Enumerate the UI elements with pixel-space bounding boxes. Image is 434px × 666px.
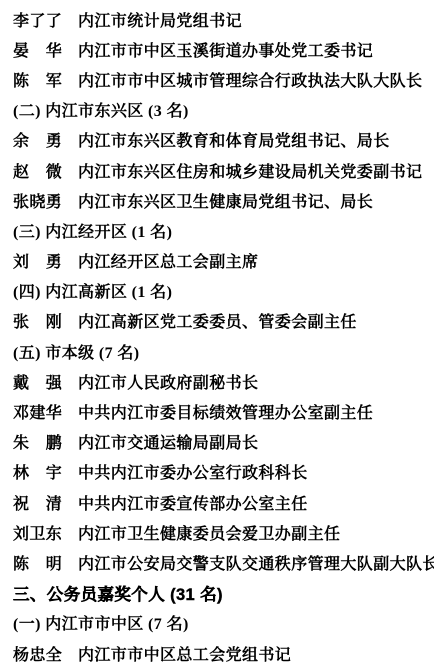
person-title: 内江市统计局党组书记 bbox=[78, 8, 242, 31]
person-title: 内江高新区党工委委员、管委会副主任 bbox=[78, 309, 357, 332]
award-list-document: 李了了 内江市统计局党组书记 晏 华 内江市市中区玉溪街道办事处党工委书记 陈 … bbox=[0, 0, 434, 666]
person-title: 中共内江市委办公室行政科科长 bbox=[78, 460, 308, 483]
person-title: 内江市市中区总工会党组书记 bbox=[78, 642, 291, 665]
award-entry-row: 陈 军 内江市市中区城市管理综合行政执法大队大队长 bbox=[13, 64, 428, 94]
award-entry-row: 张晓勇 内江市东兴区卫生健康局党组书记、局长 bbox=[13, 185, 428, 215]
award-entry-row: 陈 明 内江市公安局交警支队交通秩序管理大队副大队长 bbox=[13, 547, 428, 577]
person-name: 刘 勇 bbox=[13, 249, 63, 272]
section-heading-row: (四) 内江高新区 (1 名) bbox=[13, 276, 428, 306]
category-heading-row: 三、公务员嘉奖个人 (31 名) bbox=[13, 578, 428, 608]
person-title: 内江市卫生健康委员会爱卫办副主任 bbox=[78, 521, 340, 544]
section-heading-row: (二) 内江市东兴区 (3 名) bbox=[13, 95, 428, 125]
person-title: 内江市人民政府副秘书长 bbox=[78, 370, 258, 393]
person-title: 内江市市中区玉溪街道办事处党工委书记 bbox=[78, 38, 373, 61]
person-name: 赵 微 bbox=[13, 159, 63, 182]
person-name: 陈 军 bbox=[13, 68, 63, 91]
category-heading: 三、公务员嘉奖个人 (31 名) bbox=[13, 581, 223, 605]
person-name: 晏 华 bbox=[13, 38, 63, 61]
section-heading-row: (五) 市本级 (7 名) bbox=[13, 336, 428, 366]
award-entry-row: 李了了 内江市统计局党组书记 bbox=[13, 4, 428, 34]
award-entry-row: 赵 微 内江市东兴区住房和城乡建设局机关党委副书记 bbox=[13, 155, 428, 185]
person-name: 戴 强 bbox=[13, 370, 63, 393]
person-name: 李了了 bbox=[13, 8, 63, 31]
award-entry-row: 刘 勇 内江经开区总工会副主席 bbox=[13, 246, 428, 276]
person-title: 中共内江市委目标绩效管理办公室副主任 bbox=[78, 400, 373, 423]
section-heading-row: (一) 内江市市中区 (7 名) bbox=[13, 608, 428, 638]
section-heading: (一) 内江市市中区 (7 名) bbox=[13, 611, 189, 634]
award-entry-row: 林 宇 中共内江市委办公室行政科科长 bbox=[13, 457, 428, 487]
award-entry-row: 祝 清 中共内江市委宣传部办公室主任 bbox=[13, 487, 428, 517]
award-entry-row: 杨忠全 内江市市中区总工会党组书记 bbox=[13, 638, 428, 666]
award-entry-row: 朱 鹏 内江市交通运输局副局长 bbox=[13, 427, 428, 457]
person-name: 余 勇 bbox=[13, 128, 63, 151]
award-entry-row: 刘卫东 内江市卫生健康委员会爱卫办副主任 bbox=[13, 517, 428, 547]
person-title: 内江市市中区城市管理综合行政执法大队大队长 bbox=[78, 68, 422, 91]
section-heading: (三) 内江经开区 (1 名) bbox=[13, 219, 172, 242]
award-entry-row: 戴 强 内江市人民政府副秘书长 bbox=[13, 366, 428, 396]
section-heading: (二) 内江市东兴区 (3 名) bbox=[13, 98, 189, 121]
person-title: 内江市东兴区住房和城乡建设局机关党委副书记 bbox=[78, 159, 422, 182]
award-entry-row: 晏 华 内江市市中区玉溪街道办事处党工委书记 bbox=[13, 34, 428, 64]
person-name: 刘卫东 bbox=[13, 521, 63, 544]
award-entry-row: 邓建华 中共内江市委目标绩效管理办公室副主任 bbox=[13, 396, 428, 426]
person-name: 林 宇 bbox=[13, 460, 63, 483]
person-name: 邓建华 bbox=[13, 400, 63, 423]
person-title: 内江市东兴区教育和体育局党组书记、局长 bbox=[78, 128, 390, 151]
person-name: 杨忠全 bbox=[13, 642, 63, 665]
person-name: 张晓勇 bbox=[13, 189, 63, 212]
award-entry-row: 余 勇 内江市东兴区教育和体育局党组书记、局长 bbox=[13, 125, 428, 155]
person-title: 内江经开区总工会副主席 bbox=[78, 249, 258, 272]
person-title: 中共内江市委宣传部办公室主任 bbox=[78, 491, 308, 514]
section-heading: (五) 市本级 (7 名) bbox=[13, 340, 140, 363]
person-title: 内江市交通运输局副局长 bbox=[78, 430, 258, 453]
person-name: 陈 明 bbox=[13, 551, 63, 574]
award-entry-row: 张 刚 内江高新区党工委委员、管委会副主任 bbox=[13, 306, 428, 336]
person-name: 祝 清 bbox=[13, 491, 63, 514]
section-heading: (四) 内江高新区 (1 名) bbox=[13, 279, 172, 302]
person-title: 内江市东兴区卫生健康局党组书记、局长 bbox=[78, 189, 373, 212]
person-title: 内江市公安局交警支队交通秩序管理大队副大队长 bbox=[78, 551, 434, 574]
section-heading-row: (三) 内江经开区 (1 名) bbox=[13, 215, 428, 245]
person-name: 张 刚 bbox=[13, 309, 63, 332]
person-name: 朱 鹏 bbox=[13, 430, 63, 453]
